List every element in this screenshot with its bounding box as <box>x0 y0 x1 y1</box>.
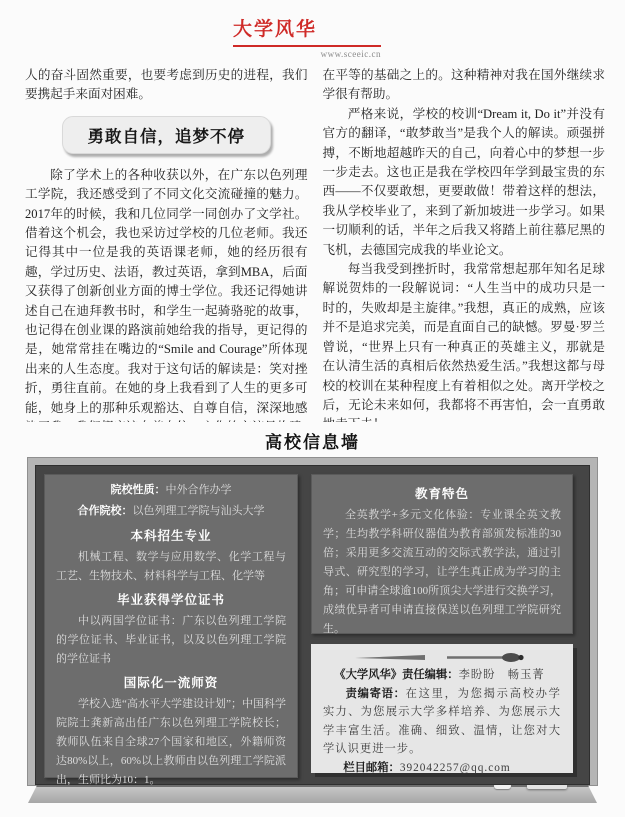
pen-icon <box>502 653 520 662</box>
site-url: www.sceeic.cn <box>233 49 381 59</box>
column-right: 在平等的基础之上的。这种精神对我在国外继续求学很有帮助。 严格来说，学校的校训“… <box>323 66 606 422</box>
email-label: 栏目邮箱： <box>343 762 400 774</box>
editor-label: 《大学风华》责任编辑： <box>334 669 458 681</box>
info-panel-left: 院校性质：中外合作办学 合作院校：以色列理工学院与汕头大学 本科招生专业 机械工… <box>44 474 298 778</box>
magazine-page: 大学风华 www.sceeic.cn 人的奋斗固然重要，也要考虑到历史的进程，我… <box>0 0 625 817</box>
panel-row: 合作院校：以色列理工学院与汕头大学 <box>56 501 286 522</box>
paragraph: 在平等的基础之上的。这种精神对我在国外继续求学很有帮助。 <box>323 66 606 105</box>
paragraph: 人的奋斗固然重要，也要考虑到历史的进程，我们要携起手来面对困难。 <box>25 66 308 105</box>
editor-names: 李盼盼 畅玉菁 <box>459 669 545 681</box>
pens-decoration <box>347 650 537 664</box>
page-title: 大学风华 <box>233 18 383 42</box>
pen-icon <box>518 655 523 660</box>
panel-heading: 本科招生专业 <box>56 527 286 545</box>
panel-row-label: 合作院校： <box>78 505 133 517</box>
panel-row-value: 以色列理工学院与汕头大学 <box>133 505 265 517</box>
editor-message: 责编寄语：在这里，为您揭示高校办学实力、为您展示大学多样培养、为您展示大学丰富生… <box>323 685 561 759</box>
panel-paragraph: 学校入选“高水平大学建设计划”；中国科学院院士龚新高出任广东以色列理工学院校长；… <box>56 695 286 790</box>
panel-row-label: 院校性质： <box>111 484 166 496</box>
pen-icon <box>355 655 425 660</box>
board-surface: 院校性质：中外合作办学 合作院校：以色列理工学院与汕头大学 本科招生专业 机械工… <box>28 458 597 785</box>
panel-heading: 教育特色 <box>323 485 561 503</box>
message-label: 责编寄语： <box>346 688 406 700</box>
masthead: 大学风华 www.sceeic.cn <box>233 18 383 59</box>
paragraph: 每当我受到挫折时，我常常想起那年知名足球解说贺炜的一段解说词：“人生当中的成功只… <box>323 260 606 422</box>
blackboard: 院校性质：中外合作办学 合作院校：以色列理工学院与汕头大学 本科招生专业 机械工… <box>28 458 597 810</box>
info-panel-right: 教育特色 全英教学+多元文化体验：专业课全英文教学；生均教学科研仪器值为教育部颁… <box>311 474 573 634</box>
article: 人的奋斗固然重要，也要考虑到历史的进程，我们要携起手来面对困难。 勇敢自信，追梦… <box>25 66 605 422</box>
panel-row-value: 中外合作办学 <box>166 484 232 496</box>
panel-paragraph: 全英教学+多元文化体验：专业课全英文教学；生均教学科研仪器值为教育部颁发标准的3… <box>323 506 561 639</box>
panel-paragraph: 机械工程、数学与应用数学、化学工程与工艺、生物技术、材料科学与工程、化学等 <box>56 548 286 586</box>
masthead-rule <box>233 45 381 47</box>
email-line: 栏目邮箱：392042257@qq.com <box>323 759 561 778</box>
column-left: 人的奋斗固然重要，也要考虑到历史的进程，我们要携起手来面对困难。 勇敢自信，追梦… <box>25 66 308 422</box>
panel-heading: 毕业获得学位证书 <box>56 591 286 609</box>
section-title: 高校信息墙 <box>0 428 625 453</box>
panel-row: 院校性质：中外合作办学 <box>56 480 286 501</box>
editor-card: 《大学风华》责任编辑：李盼盼 畅玉菁 责编寄语：在这里，为您揭示高校办学实力、为… <box>311 644 573 773</box>
paragraph: 严格来说，学校的校训“Dream it, Do it”并没有官方的翻译，“敢梦敢… <box>323 105 606 260</box>
panel-heading: 国际化一流师资 <box>56 674 286 692</box>
board-tray <box>28 785 597 803</box>
paragraph: 除了学术上的各种收获以外，在广东以色列理工学院，我还感受到了不同文化交流碰撞的魅… <box>25 166 308 422</box>
email-address: 392042257@qq.com <box>400 762 511 774</box>
editor-line: 《大学风华》责任编辑：李盼盼 畅玉菁 <box>323 666 561 685</box>
motto-banner: 勇敢自信，追梦不停 <box>62 116 272 154</box>
panel-paragraph: 中以两国学位证书：广东以色列理工学院的学位证书、毕业证书，以及以色列理工学院的学… <box>56 612 286 669</box>
